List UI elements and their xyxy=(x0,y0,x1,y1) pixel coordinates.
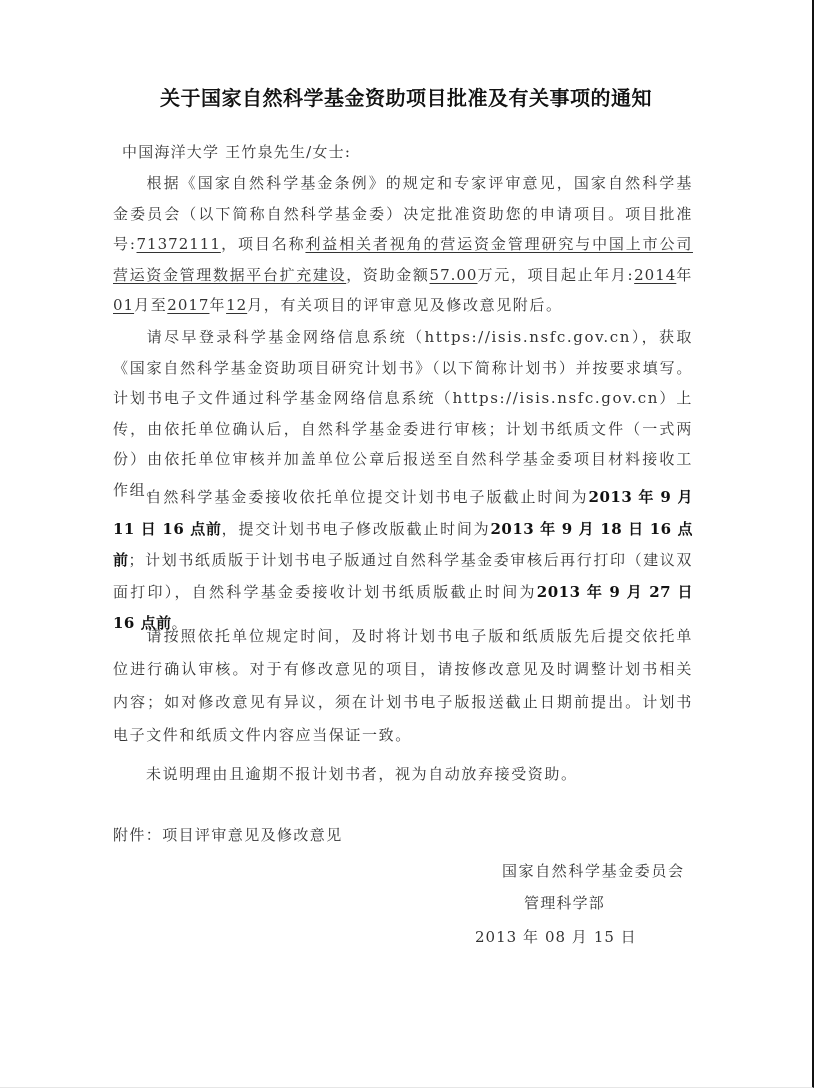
paragraph-deadlines: 自然科学基金委接收依托单位提交计划书电子版截止时间为2013 年 9 月 11 … xyxy=(113,482,693,640)
end-month: 12 xyxy=(226,296,247,314)
date-day: 15 日 xyxy=(594,928,637,946)
paragraph-text: 请按照依托单位规定时间，及时将计划书电子版和纸质版先后提交依托单位进行确认审核。… xyxy=(113,627,693,744)
paragraph-text: 年 xyxy=(676,266,693,284)
salutation: 中国海洋大学 王竹泉先生/女士: xyxy=(122,141,351,162)
paragraph-text: 请尽早登录科学基金网络信息系统（https://isis.nsfc.gov.cn… xyxy=(113,328,693,499)
approval-number: 71372111 xyxy=(137,235,221,253)
paragraph-text: 月，有关项目的评审意见及修改意见附后。 xyxy=(247,296,562,314)
date-year: 2013 年 xyxy=(475,928,539,946)
paragraph-text: 未说明理由且逾期不报计划书者，视为自动放弃接受资助。 xyxy=(146,765,578,783)
signature-organization: 国家自然科学基金委员会 xyxy=(502,860,685,881)
attachment-note: 附件：项目评审意见及修改意见 xyxy=(113,824,343,845)
end-year: 2017 xyxy=(167,296,209,314)
document-page: 关于国家自然科学基金资助项目批准及有关事项的通知 中国海洋大学 王竹泉先生/女士… xyxy=(0,0,814,1088)
paragraph-review: 请按照依托单位规定时间，及时将计划书电子版和纸质版先后提交依托单位进行确认审核。… xyxy=(113,620,693,752)
paragraph-text: 自然科学基金委接收依托单位提交计划书电子版截止时间为 xyxy=(146,488,589,506)
paragraph-text: ，资助金额 xyxy=(346,266,429,284)
funding-amount: 57.00 xyxy=(430,266,478,284)
paragraph-submission: 请尽早登录科学基金网络信息系统（https://isis.nsfc.gov.cn… xyxy=(113,322,693,505)
paragraph-text: 万元，项目起止年月: xyxy=(477,266,634,284)
signature-department: 管理科学部 xyxy=(524,892,605,913)
paragraph-text: 年 xyxy=(209,296,226,314)
paragraph-text: 月至 xyxy=(134,296,167,314)
paragraph-approval: 根据《国家自然科学基金条例》的规定和专家评审意见，国家自然科学基金委员会（以下简… xyxy=(113,168,693,321)
paragraph-text: ，提交计划书电子修改版截止时间为 xyxy=(222,520,491,538)
paragraph-forfeit: 未说明理由且逾期不报计划书者，视为自动放弃接受资助。 xyxy=(113,759,693,790)
start-year: 2014 xyxy=(634,266,676,284)
start-month: 01 xyxy=(113,296,134,314)
date-month: 08 月 xyxy=(545,928,588,946)
paragraph-text: ，项目名称 xyxy=(221,235,306,253)
signature-date: 2013 年08 月15 日 xyxy=(475,926,643,947)
document-title: 关于国家自然科学基金资助项目批准及有关事项的通知 xyxy=(0,82,812,111)
